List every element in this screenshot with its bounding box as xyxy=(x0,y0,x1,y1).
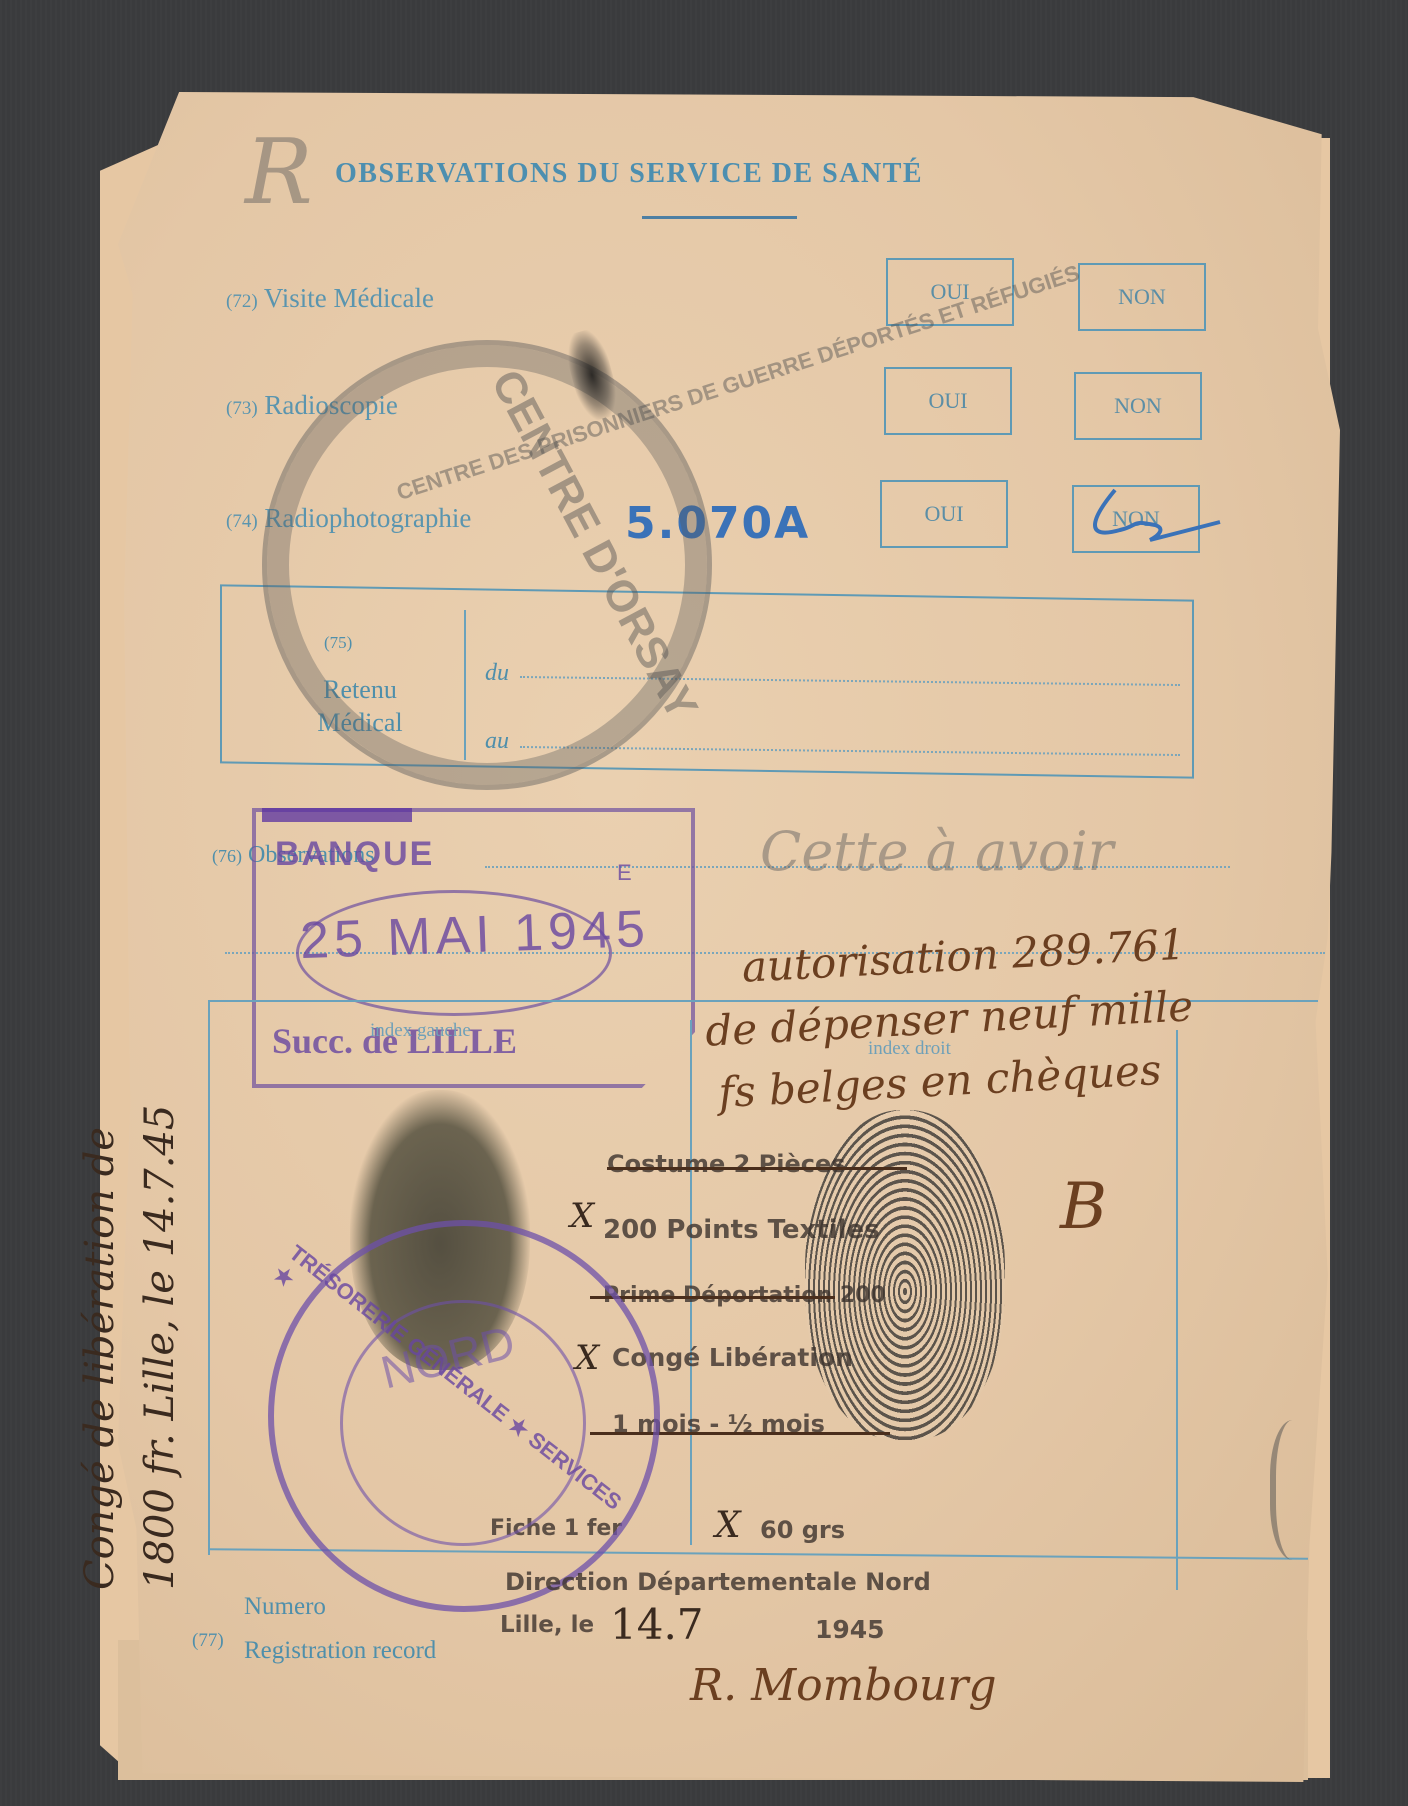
row-number: (73) xyxy=(226,398,258,419)
registration-label-line2: Registration record xyxy=(244,1629,436,1673)
strike-costume xyxy=(607,1167,907,1170)
place-date-prefix: Lille, le xyxy=(500,1612,594,1638)
bank-stamp-letter: E xyxy=(617,860,632,886)
row-number: (72) xyxy=(226,291,258,312)
item-costume: Costume 2 Pièces xyxy=(607,1150,846,1178)
radioscopie-oui-box[interactable]: OUI xyxy=(884,367,1012,435)
margin-note-line-1: Congé de libération de xyxy=(70,970,130,1590)
registration-label-line1: Numero xyxy=(244,1585,436,1629)
bank-stamp-date: 25 MAI 1945 xyxy=(299,899,651,971)
title-underline xyxy=(642,216,797,219)
signature: R. Mombourg xyxy=(690,1660,997,1711)
radioscopie-non-box[interactable]: NON xyxy=(1074,372,1202,440)
item-60-grs: 60 grs xyxy=(760,1516,845,1544)
direction-departementale: Direction Départementale Nord xyxy=(505,1568,931,1596)
item-points-textiles: 200 Points Textiles xyxy=(603,1215,880,1245)
non-checkmark-scribble xyxy=(1060,480,1240,550)
pencil-observation-note: Cette à avoir xyxy=(760,820,1113,883)
row-number: (74) xyxy=(226,511,258,532)
stamp-ink-bar xyxy=(262,808,412,822)
observations-number: (76) xyxy=(212,846,242,866)
row-visite-medicale: (72) Visite Médicale xyxy=(226,283,434,314)
check-points: X xyxy=(570,1196,594,1236)
margin-note: Congé de libération de 1800 fr. Lille, l… xyxy=(70,970,190,1590)
visite-non-box[interactable]: NON xyxy=(1078,263,1206,331)
row-label: Visite Médicale xyxy=(264,283,434,313)
registration-label: Numero Registration record xyxy=(244,1585,436,1673)
margin-note-line-2: 1800 fr. Lille, le 14.7.45 xyxy=(130,970,190,1590)
partial-edge-stamp xyxy=(1270,1420,1326,1560)
strike-deportation xyxy=(590,1296,835,1299)
index-left-label: index gauche xyxy=(370,1020,471,1042)
index-right-border xyxy=(1176,1030,1178,1590)
registration-number: (77) xyxy=(192,1630,224,1652)
handwritten-note: autorisation 289.761 de dépenser neuf mi… xyxy=(740,913,1197,1122)
bank-stamp-top: BANQUE xyxy=(275,835,434,874)
check-grs: X xyxy=(715,1505,741,1546)
handwritten-date: 14.7 xyxy=(610,1600,704,1649)
index-left-border xyxy=(208,1000,210,1555)
form-title: OBSERVATIONS DU SERVICE DE SANTÉ xyxy=(335,158,923,190)
radiophoto-oui-box[interactable]: OUI xyxy=(880,480,1008,548)
handwritten-initial: B xyxy=(1060,1170,1107,1244)
year: 1945 xyxy=(815,1615,885,1644)
pencil-mark-r: R xyxy=(245,120,313,225)
